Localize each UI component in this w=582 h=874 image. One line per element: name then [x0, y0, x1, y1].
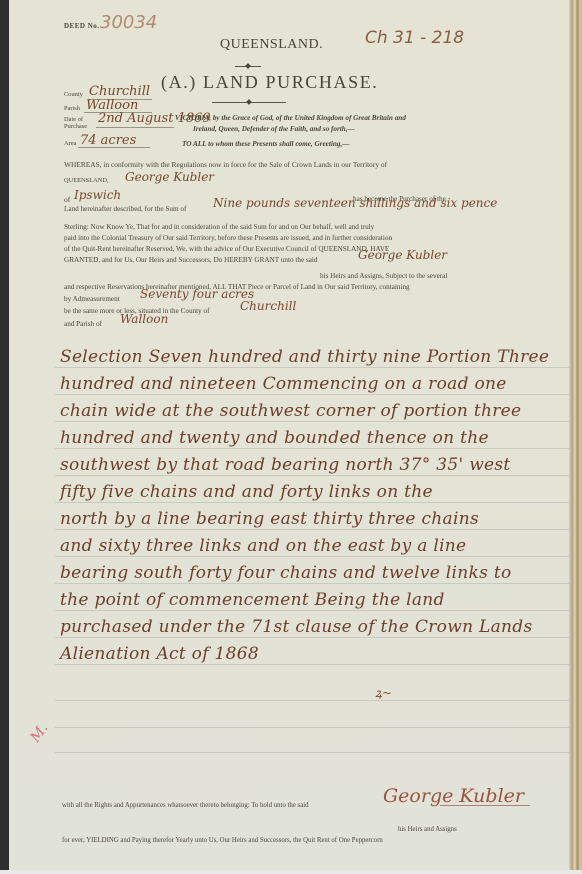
purchase-sum: Nine pounds seventeen shillings and six … — [213, 196, 497, 210]
ruled-line — [55, 727, 570, 728]
parish-label-body: and Parish of — [64, 320, 102, 328]
description-line: hundred and nineteen Commencing on a roa… — [60, 374, 507, 394]
viewer-bottom-edge — [0, 870, 582, 874]
ruled-line — [55, 448, 570, 449]
signature-flourish — [440, 805, 530, 806]
ruled-line — [55, 421, 570, 422]
description-line: southwest by that road bearing north 37°… — [60, 455, 511, 475]
ink-flourish-mark: ꝝ~ — [375, 684, 392, 701]
granted-line: GRANTED, and for Us, Our Heirs and Succe… — [64, 256, 318, 264]
description-line: fifty five chains and and forty links on… — [60, 482, 433, 502]
date-label-line2: Purchase — [64, 123, 87, 130]
ruled-line — [55, 556, 570, 557]
description-line: the point of commencement Being the land — [60, 590, 445, 610]
purchaser-residence: Ipswich — [74, 188, 121, 202]
of-label: of — [64, 195, 70, 204]
parish-label: Parish — [64, 105, 80, 112]
heirs-assigns-line: his Heirs and Assigns, Subject to the se… — [320, 272, 447, 280]
description-line: bearing south forty four chains and twel… — [60, 563, 512, 583]
preamble-line-3: TO ALL to whom these Presents shall come… — [182, 140, 349, 148]
description-line: and sixty three links and on the east by… — [60, 536, 466, 556]
sterling-line-1: Sterling: Now Know Ye, That for and in c… — [64, 223, 374, 231]
county-value-body: Churchill — [240, 299, 296, 313]
admeasurement-value: Seventy four acres — [140, 287, 254, 301]
description-line: Selection Seven hundred and thirty nine … — [60, 347, 549, 367]
date-label-line1: Date of — [64, 116, 83, 123]
ruled-line — [55, 664, 570, 665]
grantee-name: George Kubler — [358, 248, 447, 262]
land-sum-prefix: Land hereinafter described, for the Sum … — [64, 205, 186, 213]
ruled-line — [55, 475, 570, 476]
area-label: Area — [64, 140, 76, 147]
description-line: Alienation Act of 1868 — [60, 644, 259, 664]
county-label: County — [64, 91, 83, 98]
description-line: purchased under the 71st clause of the C… — [60, 617, 533, 637]
ruled-line — [55, 502, 570, 503]
preamble-line-2: Ireland, Queen, Defender of the Faith, a… — [193, 125, 355, 133]
deed-number-value: 30034 — [100, 12, 157, 33]
viewer-left-edge — [0, 0, 9, 870]
rights-line: with all the Rights and Appurtenances wh… — [62, 802, 309, 809]
preamble-line-1: VICTORIA, by the Grace of God, of the Un… — [175, 114, 406, 122]
ruled-line — [55, 583, 570, 584]
ruled-line — [55, 610, 570, 611]
sterling-line-3: of the Quit-Rent hereinafter Reserved, W… — [64, 245, 389, 253]
deed-number-label: DEED No. — [64, 22, 100, 30]
ruled-line — [55, 394, 570, 395]
whereas-queensland: QUEENSLAND, — [64, 177, 109, 184]
archive-reference: Ch 31 - 218 — [365, 28, 464, 48]
ruled-line — [55, 637, 570, 638]
ruled-line — [55, 752, 570, 753]
description-line: hundred and twenty and bounded thence on… — [60, 428, 489, 448]
yielding-line: for ever, YIELDING and Paying therefor Y… — [62, 837, 383, 844]
ruled-line — [55, 529, 570, 530]
description-line: north by a line bearing east thirty thre… — [60, 509, 479, 529]
ruled-line — [55, 367, 570, 368]
colony-title: QUEENSLAND. — [220, 37, 323, 53]
heirs-line-footer: his Heirs and Assigns — [398, 826, 457, 833]
county-value: Churchill — [89, 84, 150, 99]
purchaser-name: George Kubler — [125, 170, 214, 184]
parish-value-body: Walloon — [120, 312, 168, 326]
date-underline — [96, 127, 174, 128]
area-value: 74 acres — [80, 133, 136, 148]
date-of-purchase-label: Date of Purchase — [64, 116, 87, 130]
sterling-line-2: paid into the Colonial Treasury of Our s… — [64, 234, 392, 242]
holder-signature: George Kubler — [383, 785, 524, 807]
description-line: chain wide at the southwest corner of po… — [60, 401, 521, 421]
admeasurement-label: by Admeasurement — [64, 295, 120, 303]
whereas-line-1: WHEREAS, in conformity with the Regulati… — [64, 160, 387, 169]
area-underline — [78, 147, 150, 148]
form-title: (A.) LAND PURCHASE. — [161, 72, 378, 93]
ruled-line — [55, 700, 570, 701]
book-spine-edge — [569, 0, 582, 870]
